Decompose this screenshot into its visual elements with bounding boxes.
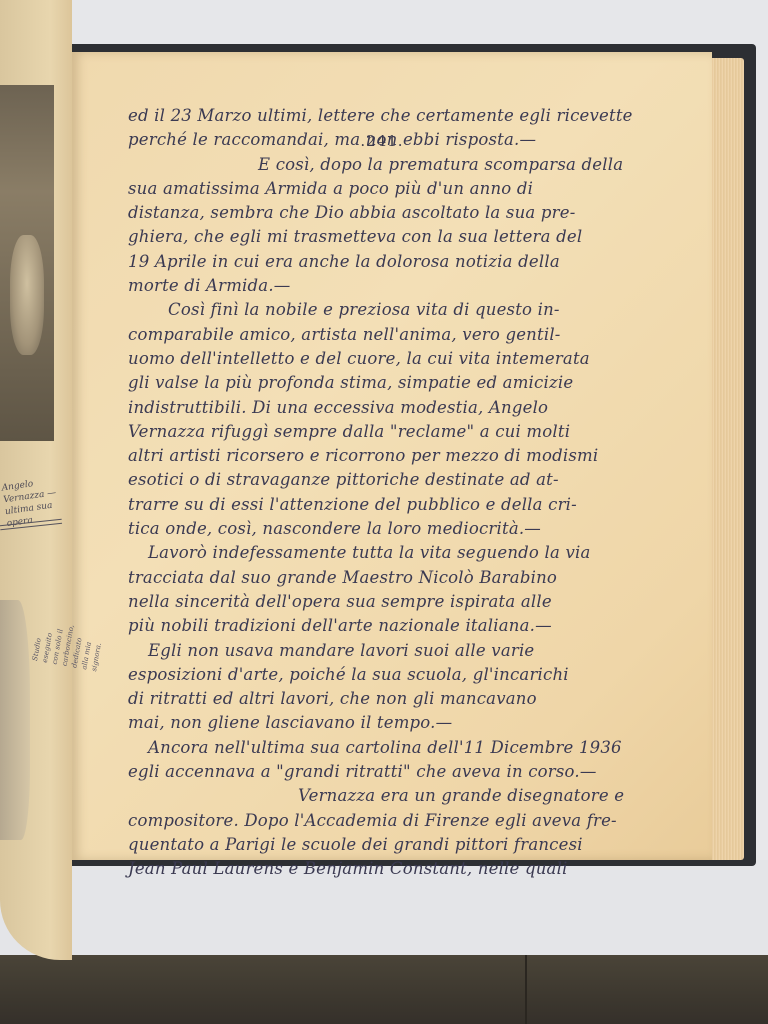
- manuscript-line: Così finì la nobile e preziosa vita di q…: [128, 298, 688, 322]
- manuscript-line: E così, dopo la prematura scomparsa dell…: [128, 153, 688, 177]
- portrait-photo-woman: [0, 85, 54, 441]
- manuscript-line: Egli non usava mandare lavori suoi alle …: [128, 639, 688, 663]
- portrait-drawing-man: [0, 600, 30, 840]
- manuscript-line: nella sincerità dell'opera sua sempre is…: [128, 590, 688, 614]
- manuscript-line: trarre su di essi l'attenzione del pubbl…: [128, 493, 688, 517]
- manuscript-line: gli valse la più profonda stima, simpati…: [128, 371, 688, 395]
- manuscript-line: morte di Armida.—: [128, 274, 688, 298]
- manuscript-line: esotici o di stravaganze pittoriche dest…: [128, 468, 688, 492]
- manuscript-text: ed il 23 Marzo ultimi, lettere che certa…: [128, 104, 688, 882]
- manuscript-line: di ritratti ed altri lavori, che non gli…: [128, 687, 688, 711]
- manuscript-line: Vernazza rifuggì sempre dalla "reclame" …: [128, 420, 688, 444]
- manuscript-line: mai, non gliene lasciavano il tempo.—: [128, 711, 688, 735]
- manuscript-line: perché le raccomandai, ma non ebbi rispo…: [128, 128, 688, 152]
- manuscript-line: esposizioni d'arte, poiché la sua scuola…: [128, 663, 688, 687]
- manuscript-line: Vernazza era un grande disegnatore e: [128, 784, 688, 808]
- manuscript-line: Ancora nell'ultima sua cartolina dell'11…: [128, 736, 688, 760]
- manuscript-line: Lavorò indefessamente tutta la vita segu…: [128, 541, 688, 565]
- manuscript-line: ed il 23 Marzo ultimi, lettere che certa…: [128, 104, 688, 128]
- manuscript-line: tracciata dal suo grande Maestro Nicolò …: [128, 566, 688, 590]
- manuscript-line: quentato a Parigi le scuole dei grandi p…: [128, 833, 688, 857]
- manuscript-line: comparabile amico, artista nell'anima, v…: [128, 323, 688, 347]
- manuscript-line: distanza, sembra che Dio abbia ascoltato…: [128, 201, 688, 225]
- manuscript-line: altri artisti ricorsero e ricorrono per …: [128, 444, 688, 468]
- manuscript-line: tica onde, così, nascondere la loro medi…: [128, 517, 688, 541]
- table-surface: [0, 955, 768, 1024]
- portrait-face: [10, 235, 44, 355]
- manuscript-line: ghiera, che egli mi trasmetteva con la s…: [128, 225, 688, 249]
- manuscript-line: più nobili tradizioni dell'arte nazional…: [128, 614, 688, 638]
- facing-page: Angelo Vernazza — ultima sua opera Studi…: [0, 0, 72, 960]
- manuscript-line: 19 Aprile in cui era anche la dolorosa n…: [128, 250, 688, 274]
- manuscript-line: Jean Paul Laurens e Benjamin Constant, n…: [128, 857, 688, 881]
- table-seam: [525, 955, 527, 1024]
- manuscript-line: egli accennava a "grandi ritratti" che a…: [128, 760, 688, 784]
- manuscript-line: uomo dell'intelletto e del cuore, la cui…: [128, 347, 688, 371]
- manuscript-line: indistruttibili. Di una eccessiva modest…: [128, 396, 688, 420]
- manuscript-line: sua amatissima Armida a poco più d'un an…: [128, 177, 688, 201]
- manuscript-line: compositore. Dopo l'Accademia di Firenze…: [128, 809, 688, 833]
